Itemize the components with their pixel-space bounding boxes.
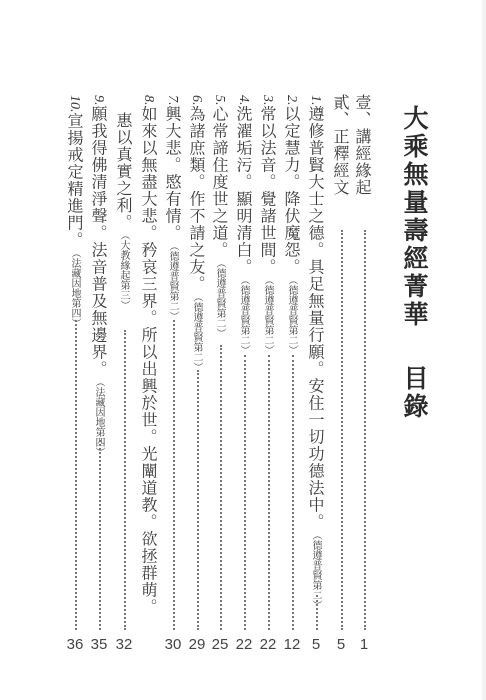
leader-dots [220,345,224,630]
toc-entry-9[interactable]: 9.願我得佛清淨聲。法音普及無邊界。（法藏因地第四） [88,95,108,457]
leader-dots [341,230,345,630]
toc-entry-6[interactable]: 6.為諸庶類。作不請之友。（德遵普賢第二） [186,95,206,372]
book-title: 大乘無量壽經菁華 [400,105,429,329]
toc-entry-5[interactable]: 5.心常諦住度世之道。（德遵普賢第二） [209,95,229,338]
page-number: 1 [352,636,376,653]
leader-dots [197,370,201,630]
toc-entry-8-continued[interactable]: 惠以真實之利。（大教緣起第三） [113,112,133,310]
leader-dots [364,230,368,630]
page-number: 35 [87,636,111,653]
page-number: 22 [232,636,256,653]
toc-entry-4[interactable]: 4.洗濯垢污。顯明清白。（德遵普賢第二） [233,95,253,355]
leader-dots [316,595,320,630]
toc-entry-main[interactable]: 貳、正釋經文 [330,94,350,196]
leader-dots [99,440,103,630]
page-title: 大乘無量壽經菁華目錄 [396,105,432,421]
page-number: 22 [256,636,280,653]
page-edge [482,0,486,700]
page-number: 29 [185,636,209,653]
leader-dots [244,355,248,630]
leader-dots [124,330,128,630]
page-number: 30 [161,636,185,653]
toc-entry-7[interactable]: 7.興大悲。愍有情。（德遵普賢第二） [162,95,182,321]
toc-entry-10[interactable]: 10.宣揚戒定精進門。（法藏因地第四） [64,95,84,328]
toc-heading: 目錄 [400,365,429,421]
leader-dots [268,355,272,630]
page-number: 32 [112,636,136,653]
leader-dots [292,355,296,630]
leader-dots [75,320,79,630]
page-number: 25 [208,636,232,653]
toc-entry-8[interactable]: 8.如來以無盡大悲。矜哀三界。所以出興於世。光闡道教。欲拯群萌。 [138,95,158,616]
toc-entry-2[interactable]: 2.以定慧力。降伏魔怨。（德遵普賢第二） [281,95,301,355]
page-number: 5 [304,636,328,653]
page-number: 36 [63,636,87,653]
leader-dots [173,320,177,630]
page-number: 5 [329,636,353,653]
toc-entry-3[interactable]: 3.常以法音。覺諸世間。（德遵普賢第二） [257,95,277,355]
toc-entry-1[interactable]: 1.遵修普賢大士之德。具足無量行願。安住一切功德法中。（德遵普賢第二） [305,95,325,610]
toc-entry-intro[interactable]: 壹、講經緣起 [352,94,372,196]
page-number: 12 [280,636,304,653]
